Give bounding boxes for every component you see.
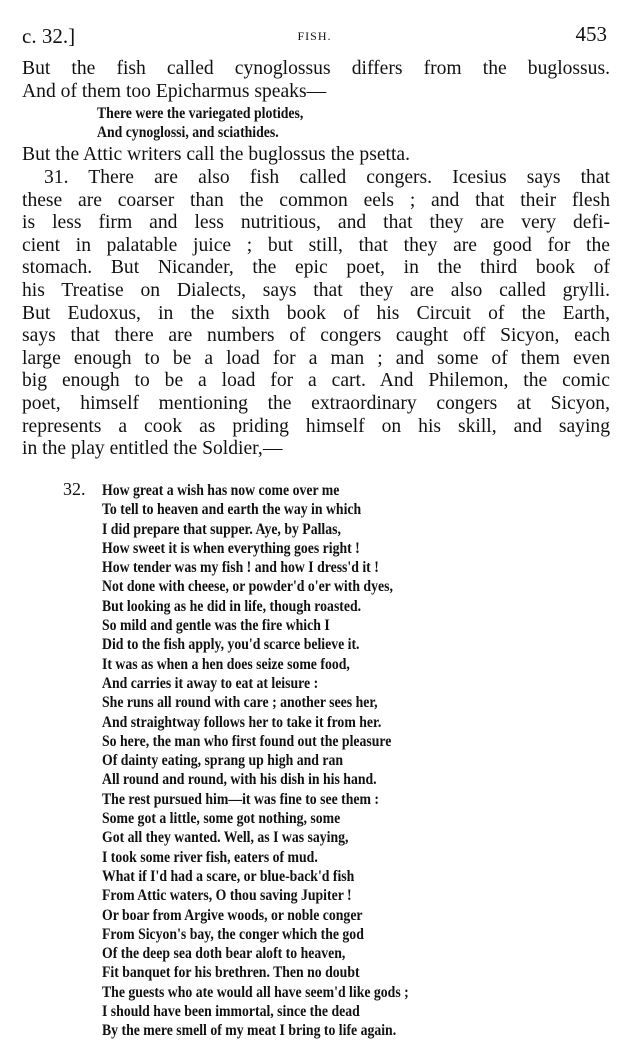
verse-line: I did prepare that supper. Aye, by Palla… [102,520,409,539]
text-line: his Treatise on Dialects, says that they… [22,280,610,303]
text-line: is less firm and less nutritious, and th… [22,212,610,235]
verse-line: She runs all round with care ; another s… [102,693,409,712]
verse-line: Not done with cheese, or powder'd o'er w… [102,577,409,596]
verse-line: So mild and gentle was the fire which I [102,616,409,635]
verse-line: And carries it away to eat at leisure : [102,674,409,693]
verse-line: By the mere smell of my meat I bring to … [102,1021,409,1040]
verse-line: Some got a little, some got nothing, som… [102,809,409,828]
text-line: 31. There are also fish called congers. … [22,167,610,190]
verse-line: Fit banquet for his brethren. Then no do… [102,963,409,982]
verse-line: How great a wish has now come over me [102,481,409,500]
verse-line: Did to the fish apply, you'd scarce beli… [102,635,409,654]
verse-line: I should have been immortal, since the d… [102,1002,409,1021]
text-line: But the fish called cynoglossus differs … [22,58,610,81]
verse-epicharmus: There were the variegated plotides, And … [97,104,303,143]
verse-philemon: How great a wish has now come over me To… [102,481,409,1041]
section-number-32: 32. [63,479,86,500]
verse-line: From Sicyon's bay, the conger which the … [102,925,409,944]
verse-line: But looking as he did in life, though ro… [102,597,409,616]
verse-line: There were the variegated plotides, [97,104,303,123]
text-line: says that there are numbers of congers c… [22,325,610,348]
verse-line: So here, the man who first found out the… [102,732,409,751]
verse-line: From Attic waters, O thou saving Jupiter… [102,886,409,905]
text-line: these are coarser than the common eels ;… [22,190,610,213]
verse-line: Got all they wanted. Well, as I was sayi… [102,828,409,847]
verse-line: And cynoglossi, and sciathides. [97,123,303,142]
text-line: large enough to be a load for a man ; an… [22,348,610,371]
text-line: stomach. But Nicander, the epic poet, in… [22,257,610,280]
text-line: in the play entitled the Soldier,— [22,438,610,461]
verse-line: It was as when a hen does seize some foo… [102,655,409,674]
verse-line: Of dainty eating, sprang up high and ran [102,751,409,770]
verse-line: Or boar from Argive woods, or noble cong… [102,906,409,925]
text-line: cient in palatable juice ; but still, th… [22,235,610,258]
text-line: And of them too Epicharmus speaks— [22,81,610,104]
verse-line: I took some river fish, eaters of mud. [102,848,409,867]
text-line: But the Attic writers call the buglossus… [22,144,610,167]
verse-line: And straightway follows her to take it f… [102,713,409,732]
prose-intro: But the fish called cynoglossus differs … [22,58,610,103]
verse-line: How sweet it is when everything goes rig… [102,539,409,558]
verse-line: The guests who ate would all have seem'd… [102,983,409,1002]
page-number: 453 [576,22,608,47]
book-page: c. 32.] FISH. 453 But the fish called cy… [0,0,630,1047]
running-header: c. 32.] FISH. 453 [22,22,607,48]
text-line: represents a cook as priding himself on … [22,416,610,439]
text-line: But Eudoxus, in the sixth book of his Ci… [22,303,610,326]
section-31: 31. There are also fish called congers. … [22,167,610,461]
verse-line: Of the deep sea doth bear aloft to heave… [102,944,409,963]
verse-line: All round and round, with his dish in hi… [102,770,409,789]
text-line: big enough to be a load for a cart. And … [22,370,610,393]
verse-line: What if I'd had a scare, or blue-back'd … [102,867,409,886]
prose-attic: But the Attic writers call the buglossus… [22,144,610,167]
verse-line: How tender was my fish ! and how I dress… [102,558,409,577]
verse-line: The rest pursued him—it was fine to see … [102,790,409,809]
running-title: FISH. [22,29,607,44]
verse-line: To tell to heaven and earth the way in w… [102,500,409,519]
text-line: poet, himself mentioning the extraordina… [22,393,610,416]
